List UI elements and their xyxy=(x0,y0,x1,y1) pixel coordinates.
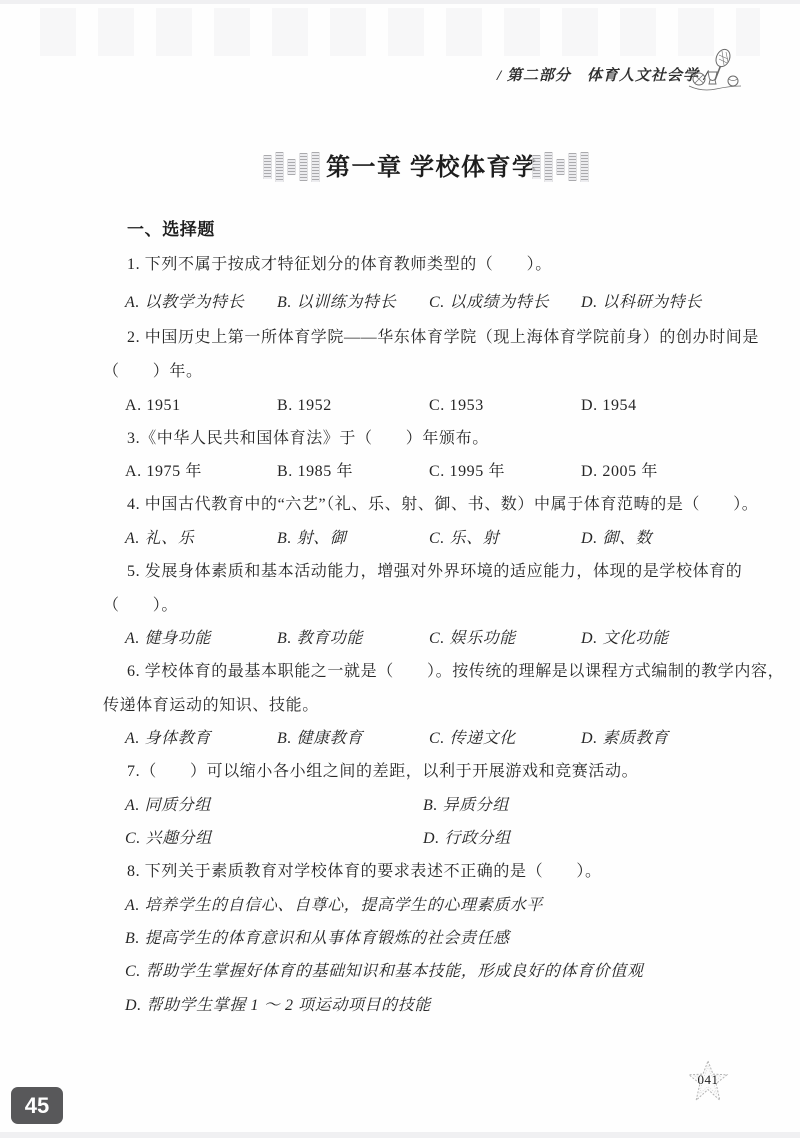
option-b: B. 异质分组 xyxy=(423,795,509,817)
question-7-options-row-2: C. 兴趣分组D. 行政分组 xyxy=(103,828,511,850)
option-a: A. 1975 年 xyxy=(125,461,277,483)
option-b: B. 健康教育 xyxy=(277,728,429,750)
option-d: D. 1954 xyxy=(581,395,637,417)
question-1-options: A. 以教学为特长B. 以训练为特长C. 以成绩为特长D. 以科研为特长 xyxy=(103,292,702,314)
option-a: A. 身体教育 xyxy=(125,728,277,750)
question-3-options: A. 1975 年B. 1985 年C. 1995 年D. 2005 年 xyxy=(103,461,658,483)
bottom-scan-band xyxy=(0,1132,800,1138)
option-d: D. 2005 年 xyxy=(581,461,658,483)
option-d: D. 行政分组 xyxy=(423,828,511,850)
question-8-option-c: C. 帮助学生掌握好体育的基础知识和基本技能，形成良好的体育价值观 xyxy=(103,961,643,983)
option-a: A. 礼、乐 xyxy=(125,528,277,550)
option-b: B. 以训练为特长 xyxy=(277,292,429,314)
question-7-text: 7.（ ）可以缩小各小组之间的差距，以利于开展游戏和竞赛活动。 xyxy=(103,761,638,783)
scanned-book-page: / 第二部分 体育人文社会学 / 第一章 学校体育学 一、选择题 1. 下列不属… xyxy=(0,0,800,1138)
question-8-option-b: B. 提高学生的体育意识和从事体育锻炼的社会责任感 xyxy=(103,928,510,950)
option-c: C. 娱乐功能 xyxy=(429,628,581,650)
option-d: D. 御、数 xyxy=(581,528,652,550)
question-8-option-d: D. 帮助学生掌握 1 ～ 2 项运动项目的技能 xyxy=(103,995,431,1017)
question-4-options: A. 礼、乐B. 射、御C. 乐、射D. 御、数 xyxy=(103,528,652,550)
question-1-text: 1. 下列不属于按成才特征划分的体育教师类型的（ ）。 xyxy=(103,254,552,276)
option-d: D. 素质教育 xyxy=(581,728,669,750)
option-a: A. 同质分组 xyxy=(125,795,423,817)
option-d: D. 文化功能 xyxy=(581,628,669,650)
option-d: D. 以科研为特长 xyxy=(581,292,702,314)
footer-page-number: 041 xyxy=(686,1059,730,1103)
option-b: B. 1985 年 xyxy=(277,461,429,483)
option-a: A. 1951 xyxy=(125,395,277,417)
print-bleed-artifact xyxy=(40,8,760,56)
option-c: C. 以成绩为特长 xyxy=(429,292,581,314)
question-6-text-line-2: 传递体育运动的知识、技能。 xyxy=(103,695,319,717)
question-7-options-row-1: A. 同质分组B. 异质分组 xyxy=(103,795,509,817)
question-6-text-line-1: 6. 学校体育的最基本职能之一就是（ ）。按传统的理解是以课程方式编制的教学内容… xyxy=(103,661,784,683)
option-a: A. 健身功能 xyxy=(125,628,277,650)
question-8-option-a: A. 培养学生的自信心、自尊心，提高学生的心理素质水平 xyxy=(103,895,543,917)
option-c: C. 传递文化 xyxy=(429,728,581,750)
question-4-text: 4. 中国古代教育中的“六艺”（礼、乐、射、御、书、数）中属于体育范畴的是（ ）… xyxy=(103,494,758,516)
question-2-text-line-2: （ ）年。 xyxy=(103,361,203,383)
question-5-text-line-1: 5. 发展身体素质和基本活动能力，增强对外界环境的适应能力，体现的是学校体育的 xyxy=(103,561,742,583)
viewer-page-badge: 45 xyxy=(11,1087,63,1124)
question-5-options: A. 健身功能B. 教育功能C. 娱乐功能D. 文化功能 xyxy=(103,628,669,650)
chapter-title: 第一章 学校体育学 xyxy=(326,147,538,182)
question-5-text-line-2: （ ）。 xyxy=(103,595,178,617)
page-number-text: 041 xyxy=(686,1072,730,1088)
option-b: B. 教育功能 xyxy=(277,628,429,650)
question-8-text: 8. 下列关于素质教育对学校体育的要求表述不正确的是（ ）。 xyxy=(103,861,602,883)
running-header: / 第二部分 体育人文社会学 / xyxy=(497,64,709,85)
top-scan-band xyxy=(0,0,800,4)
option-b: B. 射、御 xyxy=(277,528,429,550)
sports-equipment-icon xyxy=(686,46,744,101)
option-c: C. 兴趣分组 xyxy=(125,828,423,850)
option-c: C. 1995 年 xyxy=(429,461,581,483)
question-6-options: A. 身体教育B. 健康教育C. 传递文化D. 素质教育 xyxy=(103,728,669,750)
question-2-options: A. 1951B. 1952C. 1953D. 1954 xyxy=(103,395,637,417)
option-c: C. 乐、射 xyxy=(429,528,581,550)
option-a: A. 以教学为特长 xyxy=(125,292,277,314)
title-ornament-right-icon xyxy=(532,151,589,183)
option-b: B. 1952 xyxy=(277,395,429,417)
title-ornament-left-icon xyxy=(263,151,320,183)
question-2-text-line-1: 2. 中国历史上第一所体育学院——华东体育学院（现上海体育学院前身）的创办时间是 xyxy=(103,327,759,349)
question-3-text: 3.《中华人民共和国体育法》于（ ）年颁布。 xyxy=(103,428,489,450)
section-heading: 一、选择题 xyxy=(103,219,215,241)
option-c: C. 1953 xyxy=(429,395,581,417)
